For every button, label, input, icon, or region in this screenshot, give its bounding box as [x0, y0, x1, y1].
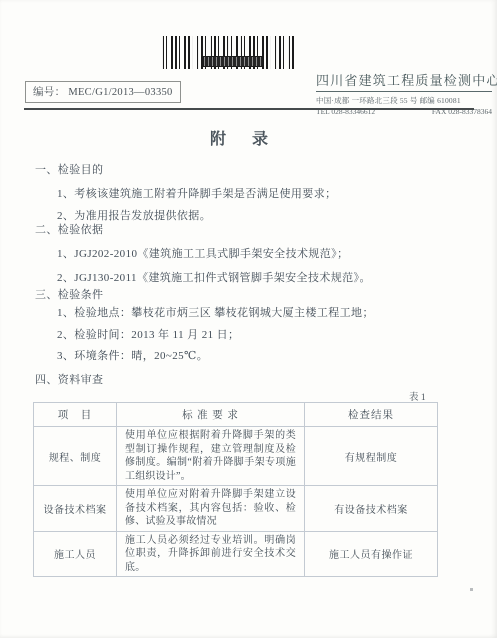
section-1-item-1: 1、考核该建筑施工附着升降脚手架是否满足使用要求； — [57, 185, 337, 201]
scanned-report-page: 四川省建筑工程质量检测中心 中国·成都 一环路北三段 55 号 邮编 61008… — [0, 0, 497, 638]
section-1-heading: 一、检验目的 — [35, 161, 103, 177]
section-2-item-2: 2、JGJ130-2011《建筑施工扣件式钢管脚手架安全技术规范》。 — [57, 269, 371, 285]
review-table: 项 目 标 准 要 求 检查结果 规程、制度 使用单位应根据附着升降脚手架的类型… — [33, 402, 438, 577]
row-2-requirement: 使用单位应对附着升降脚手架建立设备技术档案，其内容包括：验收、检修、试验及事故情… — [117, 486, 305, 532]
row-3-requirement: 施工人员必须经过专业培训。明确岗位职责，升降拆卸前进行安全技术交底。 — [117, 531, 305, 577]
section-3-item-1: 1、检验地点：攀枝花市炳三区 攀枝花钢城大厦主楼工程工地； — [57, 304, 374, 320]
table-row: 施工人员 施工人员必须经过专业培训。明确岗位职责，升降拆卸前进行安全技术交底。 … — [34, 531, 438, 577]
col-header-item: 项 目 — [34, 403, 117, 427]
section-2-heading: 二、检验依据 — [35, 221, 103, 237]
page-title: 附 录 — [0, 126, 480, 149]
row-2-item: 设备技术档案 — [34, 486, 117, 532]
org-name: 四川省建筑工程质量检测中心 — [316, 70, 492, 92]
col-header-requirement: 标 准 要 求 — [117, 403, 305, 427]
row-3-result: 施工人员有操作证 — [305, 531, 438, 577]
row-1-result: 有规程制度 — [305, 427, 438, 486]
row-2-result: 有设备技术档案 — [305, 486, 438, 532]
report-number-box: 编号： MEC/G1/2013—03350 — [25, 81, 181, 103]
col-header-result: 检查结果 — [305, 403, 438, 427]
barcode-number-band — [203, 56, 263, 67]
table-number-label: 表 1 — [409, 389, 426, 403]
section-4-heading: 四、资料审查 — [35, 371, 103, 387]
table-row: 设备技术档案 使用单位应对附着升降脚手架建立设备技术档案，其内容包括：验收、检修… — [34, 486, 438, 532]
row-3-item: 施工人员 — [34, 531, 117, 577]
row-1-item: 规程、制度 — [34, 427, 117, 486]
section-3-item-3: 3、环境条件：晴，20~25℃。 — [57, 347, 208, 363]
table-row: 规程、制度 使用单位应根据附着升降脚手架的类型制订操作规程，建立管理制度及检修制… — [34, 427, 438, 486]
header-divider — [24, 108, 474, 110]
barcode-icon — [162, 36, 294, 69]
org-address: 中国·成都 一环路北三段 55 号 邮编 610081 — [316, 95, 492, 106]
row-1-requirement: 使用单位应根据附着升降脚手架的类型制订操作规程，建立管理制度及检修制度。编制“附… — [117, 427, 305, 486]
section-3-heading: 三、检验条件 — [35, 286, 103, 302]
section-2-item-1: 1、JGJ202-2010《建筑施工工具式脚手架安全技术规范》； — [57, 245, 348, 261]
table-header-row: 项 目 标 准 要 求 检查结果 — [34, 403, 438, 427]
section-3-item-2: 2、检验时间：2013 年 11 月 21 日； — [57, 326, 239, 342]
scan-artifact — [470, 588, 473, 591]
